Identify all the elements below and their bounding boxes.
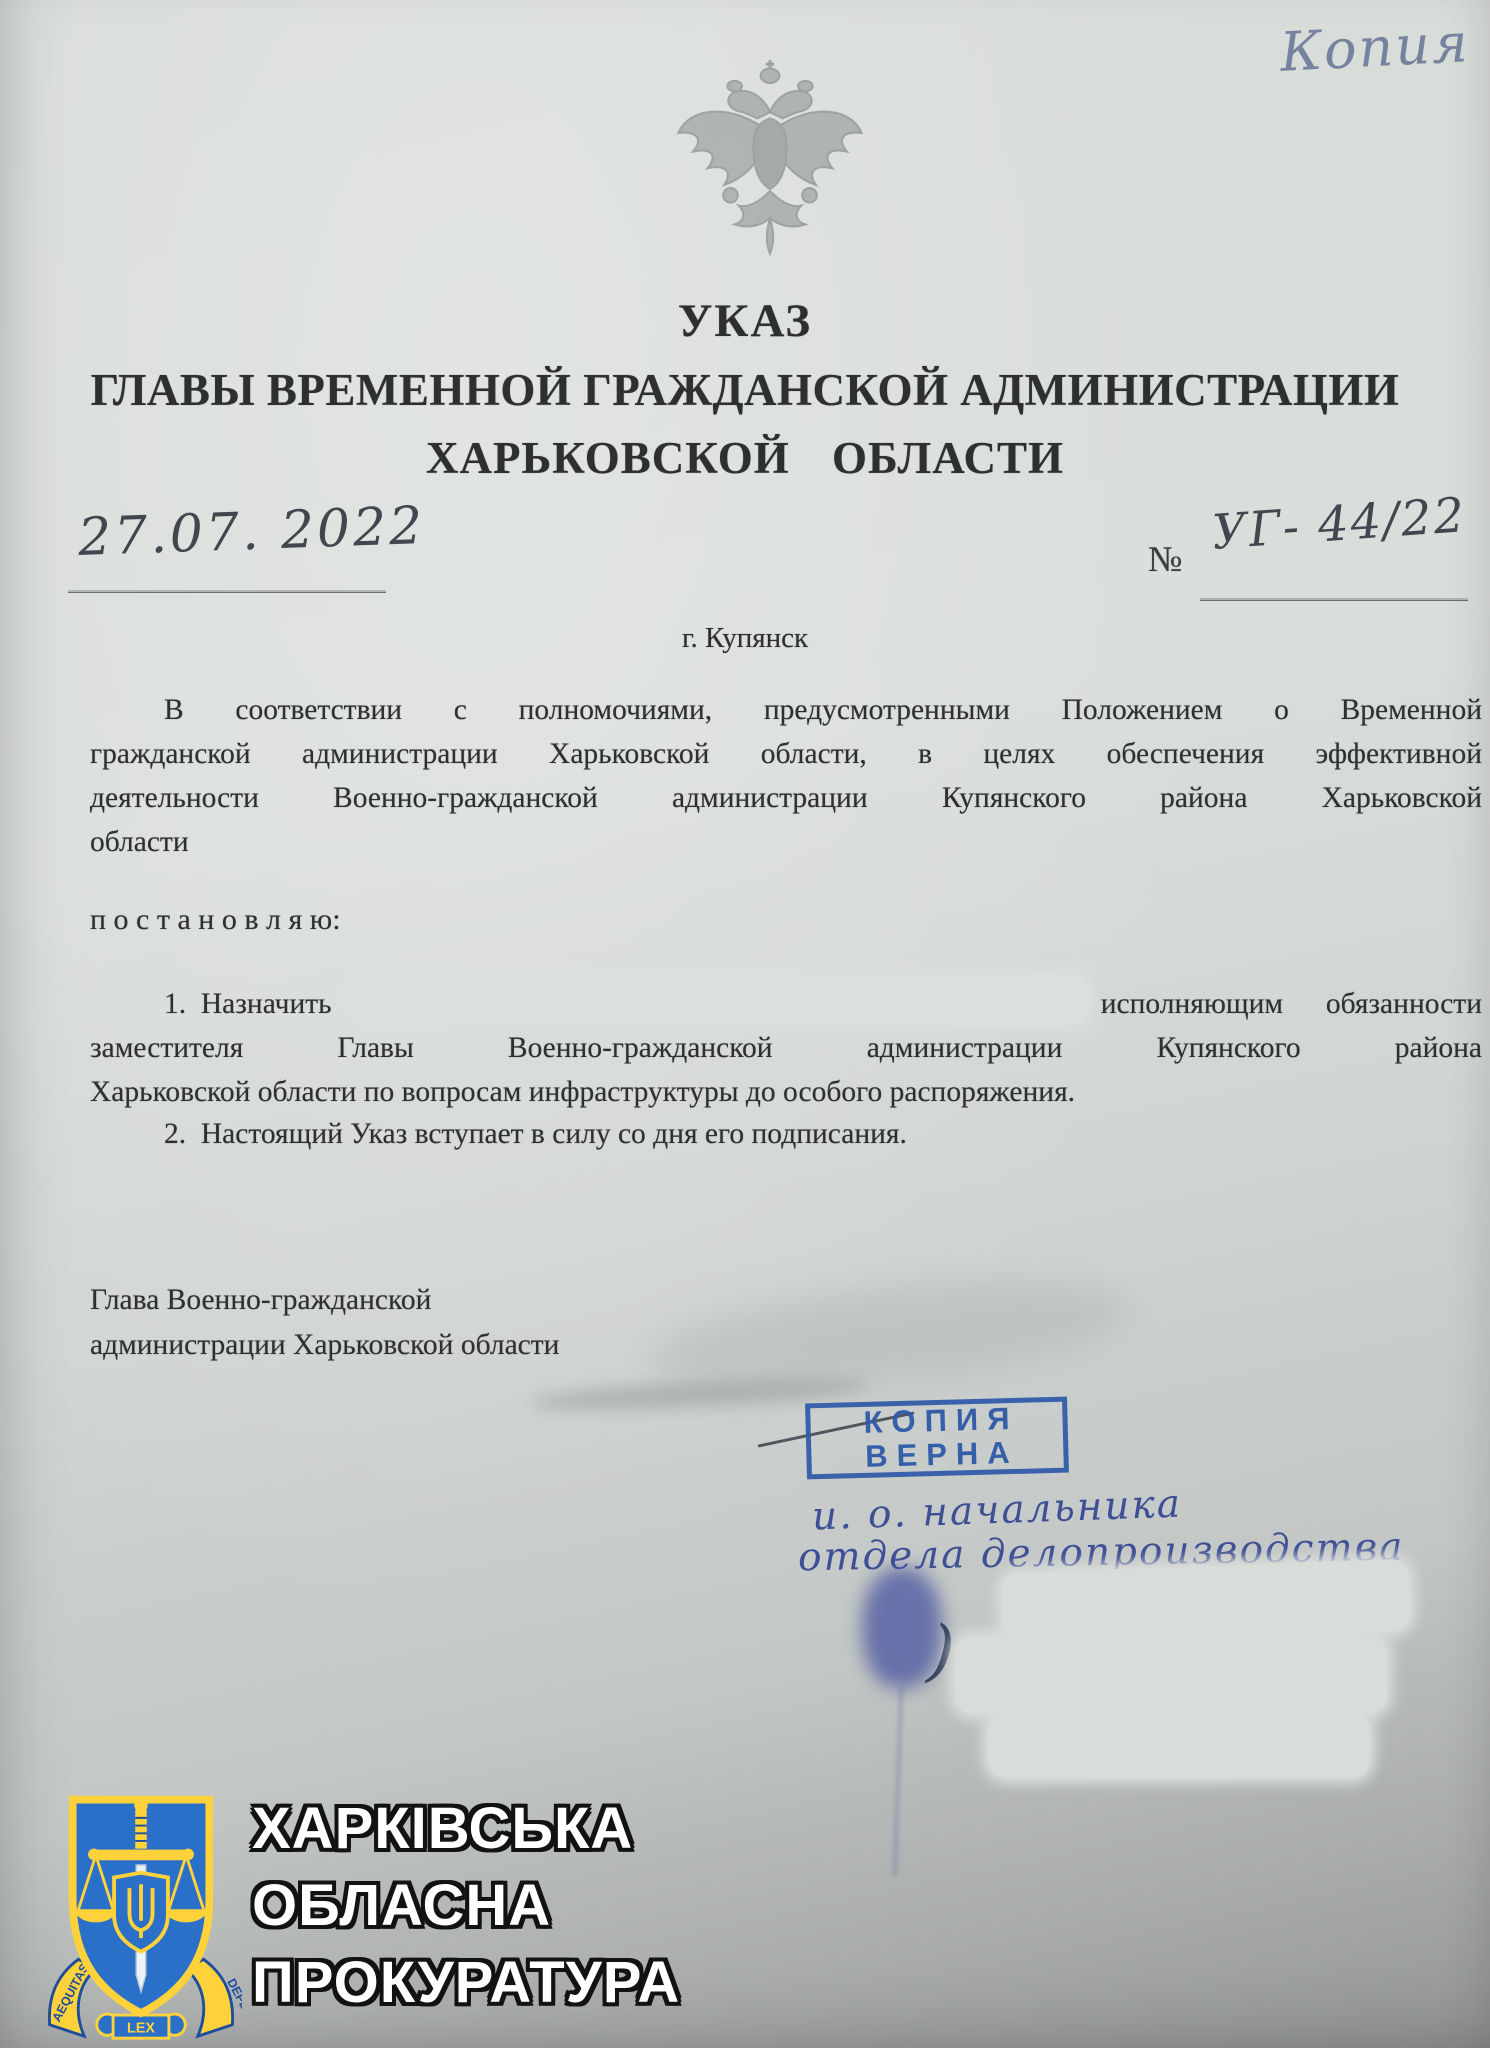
place-line: г. Купянск <box>0 622 1490 655</box>
item-1-line3: Харьковской области по вопросам инфрастр… <box>90 1070 1482 1114</box>
ink-drip <box>893 1686 904 1876</box>
resolve-word: п о с т а н о в л я ю: <box>90 898 1482 942</box>
prosecutor-office-title: ХАРКІВСЬКА ОБЛАСНА ПРОКУРАТУРА <box>252 1790 680 2021</box>
handwritten-date: 27.07. 2022 <box>77 496 426 568</box>
russia-coat-of-arms-emblem <box>666 56 874 268</box>
redaction-blur <box>955 1636 1387 1714</box>
prosecutor-title-line2: ОБЛАСНА <box>252 1867 680 1944</box>
item-1-suffix: исполняющим обязанности <box>1101 982 1482 1026</box>
closing-paren: ) <box>925 1611 957 1692</box>
item-1-prefix: 1. Назначить <box>90 982 332 1026</box>
prosecutor-title-line3: ПРОКУРАТУРА <box>252 1944 680 2021</box>
preamble-line: деятельности Военно-гражданской админист… <box>90 776 1482 820</box>
prosecutor-office-logo: AEQUITAS DEFENSIO LEX <box>40 1784 242 2048</box>
document-title: УКАЗ <box>0 294 1490 348</box>
ribbon-center-text: LEX <box>127 2020 155 2036</box>
handwritten-copy-note: Копия <box>1278 11 1471 84</box>
item-2: 2. Настоящий Указ вступает в силу со дня… <box>90 1112 1482 1156</box>
issuer-line1: ГЛАВЫ ВРЕМЕННОЙ ГРАЖДАНСКОЙ АДМИНИСТРАЦИ… <box>0 364 1490 416</box>
preamble-line: гражданской администрации Харьковской об… <box>90 732 1482 776</box>
copy-verified-stamp: КОПИЯ ВЕРНА <box>805 1397 1069 1480</box>
preamble-paragraph: В соответствии с полномочиями, предусмот… <box>90 688 1482 864</box>
redacted-name-blur <box>350 974 1087 1024</box>
scanned-decree-document: Копия УКАЗ ГЛАВЫ ВРЕМЕННОЙ ГРАЖДАНСКОЙ А… <box>0 0 1490 2048</box>
issuer-line2: ХАРЬКОВСКОЙ ОБЛАСТИ <box>0 432 1490 484</box>
item-1-line2: заместителя Главы Военно-гражданской адм… <box>90 1026 1482 1070</box>
stamp-line2: ВЕРНА <box>856 1436 1019 1474</box>
prosecutor-title-line1: ХАРКІВСЬКА <box>252 1790 680 1867</box>
redaction-blur <box>1001 1559 1411 1645</box>
item-1: 1. Назначить исполняющим обязанности зам… <box>90 982 1482 1114</box>
handwritten-number: УГ- 44/22 <box>1210 487 1468 561</box>
date-underline <box>68 590 386 593</box>
preamble-line: области <box>90 820 1482 864</box>
number-underline <box>1200 598 1468 601</box>
preamble-line: В соответствии с полномочиями, предусмот… <box>90 694 1482 726</box>
stamp-line1: КОПИЯ <box>854 1402 1019 1440</box>
number-label: № <box>1148 538 1182 580</box>
redaction-blur <box>988 1712 1370 1778</box>
